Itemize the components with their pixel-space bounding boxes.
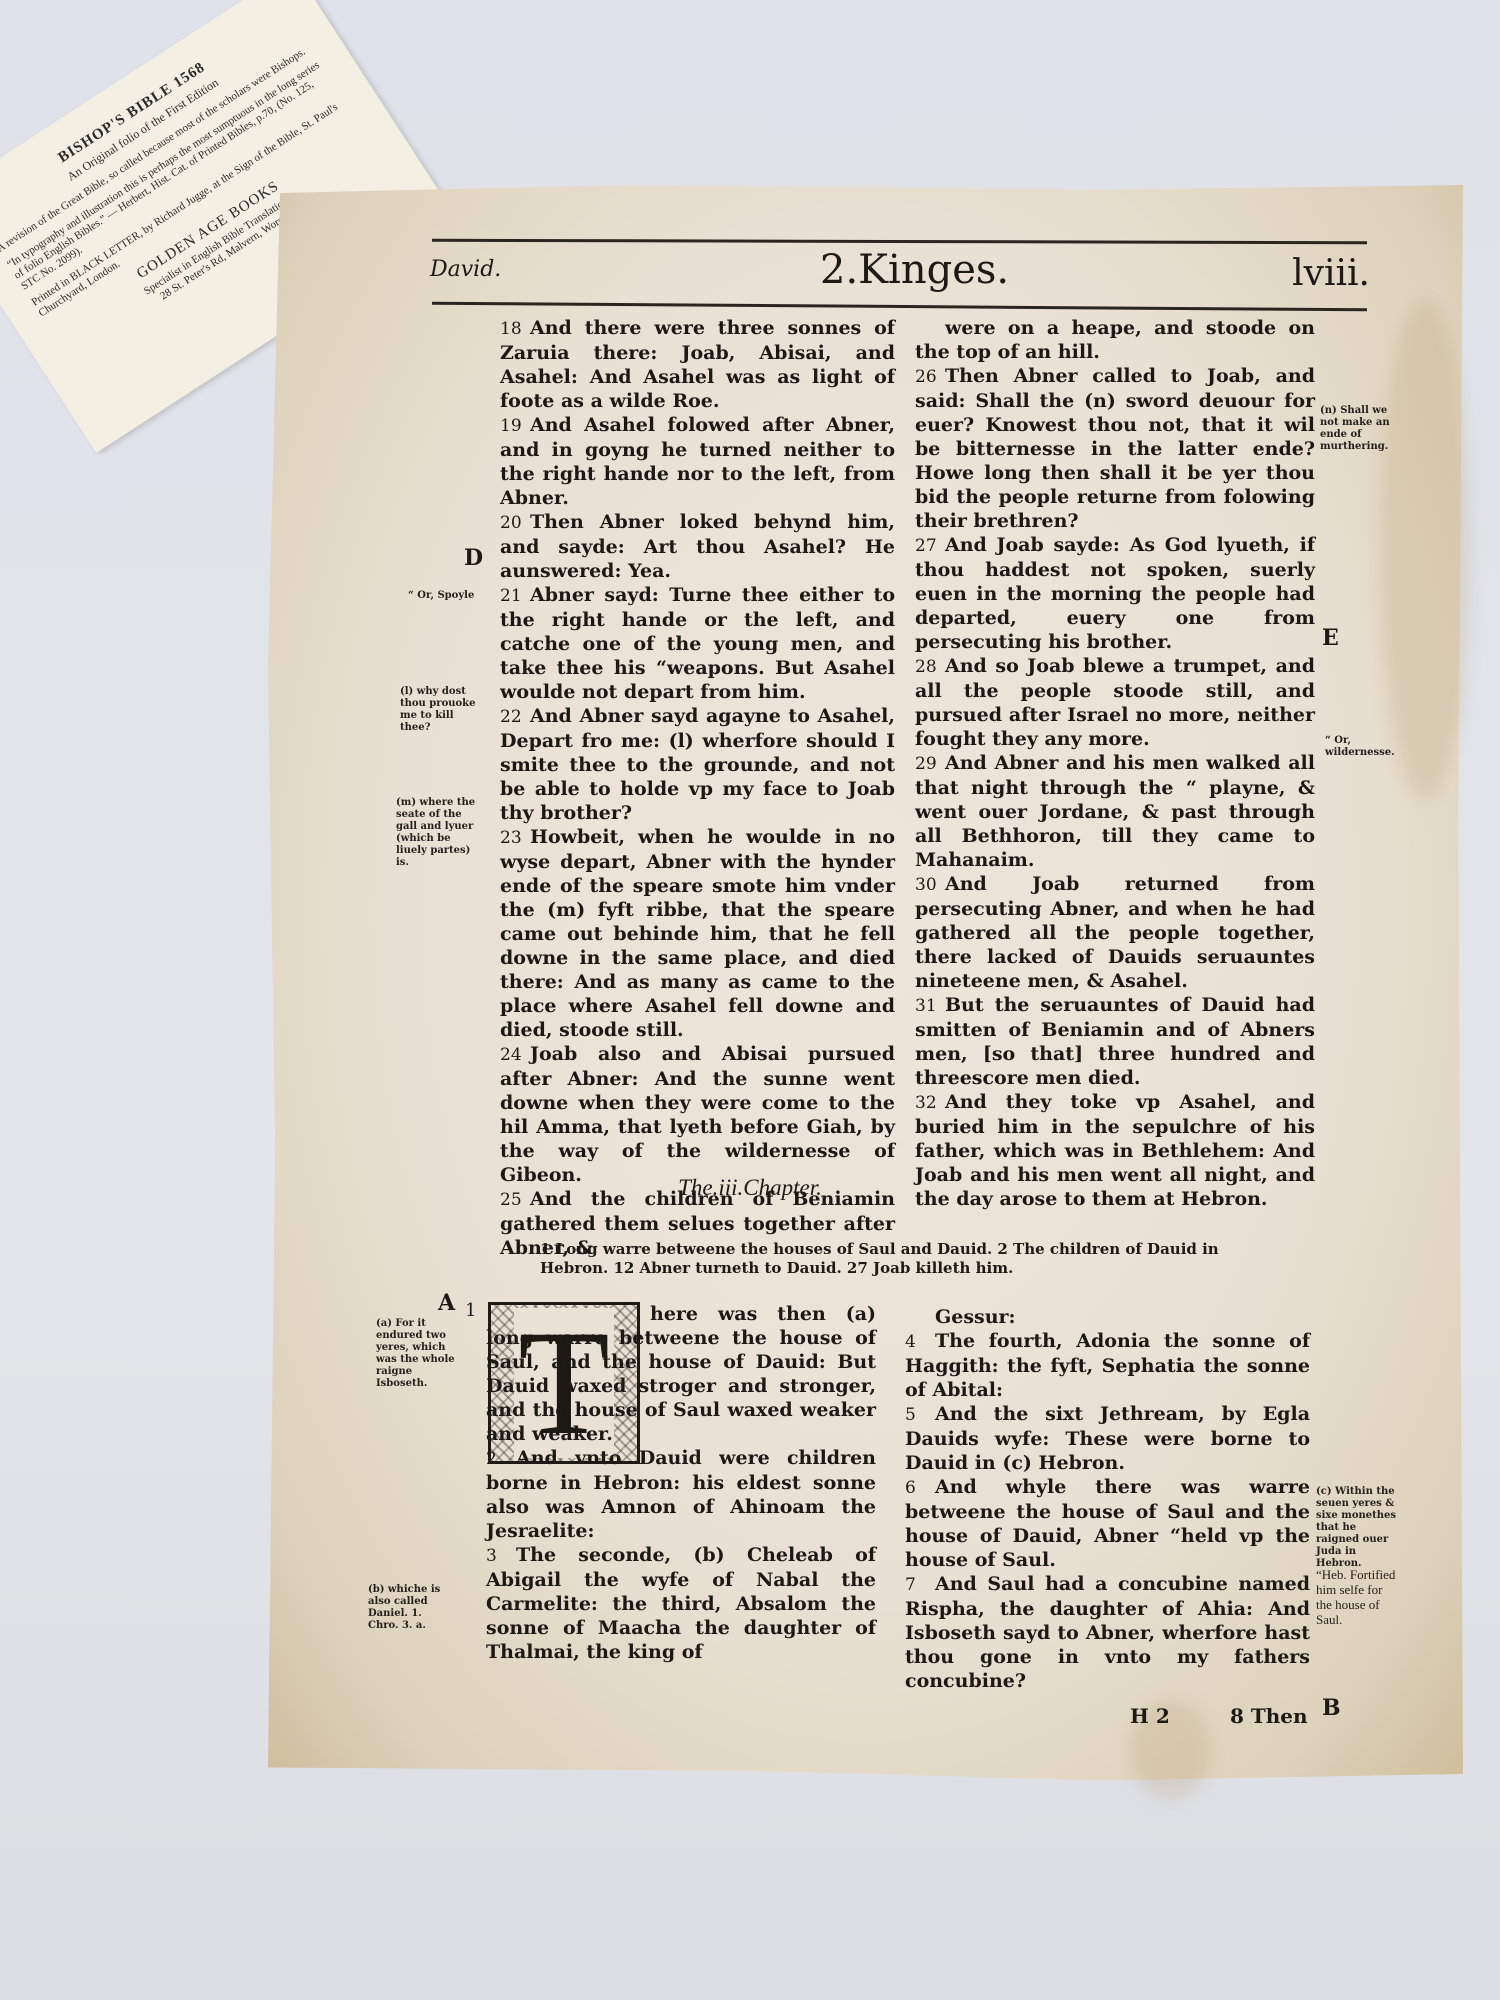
section-letter-d: D bbox=[464, 545, 483, 571]
verse: Gessur: bbox=[905, 1305, 1310, 1329]
folio-number: lviii. bbox=[1292, 253, 1370, 294]
verse: 20Then Abner loked behynd him, and sayde… bbox=[500, 510, 895, 583]
chapter-argument: 1 Long warre betweene the houses of Saul… bbox=[540, 1240, 1240, 1278]
signature-mark: H 2 bbox=[1130, 1704, 1170, 1728]
verse: 27And Joab sayde: As God lyueth, if thou… bbox=[915, 533, 1315, 654]
foxing-stain bbox=[1380, 300, 1470, 800]
verse: 28And so Joab blewe a trumpet, and all t… bbox=[915, 654, 1315, 751]
marginal-note-c: (c) Within the seuen yeres & sixe moneth… bbox=[1316, 1486, 1396, 1570]
marginal-note-wildernesse: “ Or, wildernesse. bbox=[1325, 735, 1395, 759]
section-letter-e: E bbox=[1322, 625, 1339, 651]
section-letter-b: B bbox=[1322, 1695, 1341, 1721]
catchword: 8 Then bbox=[1230, 1704, 1308, 1728]
book-title: 2.Kinges. bbox=[820, 247, 1009, 293]
marginal-note-n: (n) Shall we not make an ende of murther… bbox=[1320, 405, 1400, 453]
verse: 26Then Abner called to Joab, and said: S… bbox=[915, 364, 1315, 533]
verse: 21Abner sayd: Turne thee either to the r… bbox=[500, 583, 895, 704]
marginal-note-heb: “Heb. Fortified him selfe for the house … bbox=[1316, 1567, 1398, 1627]
marginal-note-a: (a) For it endured two yeres, which was … bbox=[376, 1318, 461, 1390]
verse: 31But the seruauntes of Dauid had smitte… bbox=[915, 993, 1315, 1090]
verse: 3The seconde, (b) Cheleab of Abigail the… bbox=[486, 1543, 876, 1664]
verse: 19And Asahel folowed after Abner, and in… bbox=[500, 413, 895, 510]
running-head: David. 2.Kinges. lviii. bbox=[430, 255, 1370, 305]
verse: 2And vnto Dauid were children borne in H… bbox=[486, 1446, 876, 1543]
chapter3-right-column: Gessur: 4The fourth, Adonia the sonne of… bbox=[905, 1305, 1310, 1693]
verse: 22And Abner sayd agayne to Asahel, Depar… bbox=[500, 704, 895, 825]
verse: 5And the sixt Jethream, by Egla Dauids w… bbox=[905, 1402, 1310, 1475]
verse: 30And Joab returned from persecuting Abn… bbox=[915, 872, 1315, 993]
running-head-left: David. bbox=[430, 257, 501, 282]
section-letter-a: A bbox=[438, 1290, 455, 1316]
verse: 7And Saul had a concubine named Rispha, … bbox=[905, 1572, 1310, 1693]
verse-number: 1 bbox=[465, 1300, 476, 1321]
right-column: were on a heape, and stoode on the top o… bbox=[915, 316, 1315, 1211]
verse: 6And whyle there was warre betweene the … bbox=[905, 1475, 1310, 1572]
verse: 23Howbeit, when he woulde in no wyse dep… bbox=[500, 825, 895, 1042]
marginal-note-b: (b) whiche is also called Daniel. 1. Chr… bbox=[368, 1584, 450, 1632]
chapter-heading: The.iii.Chapter. bbox=[0, 1175, 1500, 1201]
left-column: 18And there were three sonnes of Zaruia … bbox=[500, 316, 895, 1260]
verse: here was then (a) long warre betweene th… bbox=[486, 1302, 876, 1446]
verse: 29And Abner and his men walked all that … bbox=[915, 751, 1315, 872]
verse: were on a heape, and stoode on the top o… bbox=[915, 316, 1315, 364]
chapter3-left-column: here was then (a) long warre betweene th… bbox=[486, 1302, 876, 1664]
marginal-note-l: (l) why dost thou prouoke me to kill the… bbox=[400, 686, 482, 734]
verse: 18And there were three sonnes of Zaruia … bbox=[500, 316, 895, 413]
verse: 24Joab also and Abisai pursued after Abn… bbox=[500, 1042, 895, 1187]
marginal-note-spoyle: “ Or, Spoyle bbox=[408, 590, 498, 602]
marginal-note-m: (m) where the seate of the gall and lyue… bbox=[396, 797, 476, 869]
verse: 4The fourth, Adonia the sonne of Haggith… bbox=[905, 1329, 1310, 1402]
